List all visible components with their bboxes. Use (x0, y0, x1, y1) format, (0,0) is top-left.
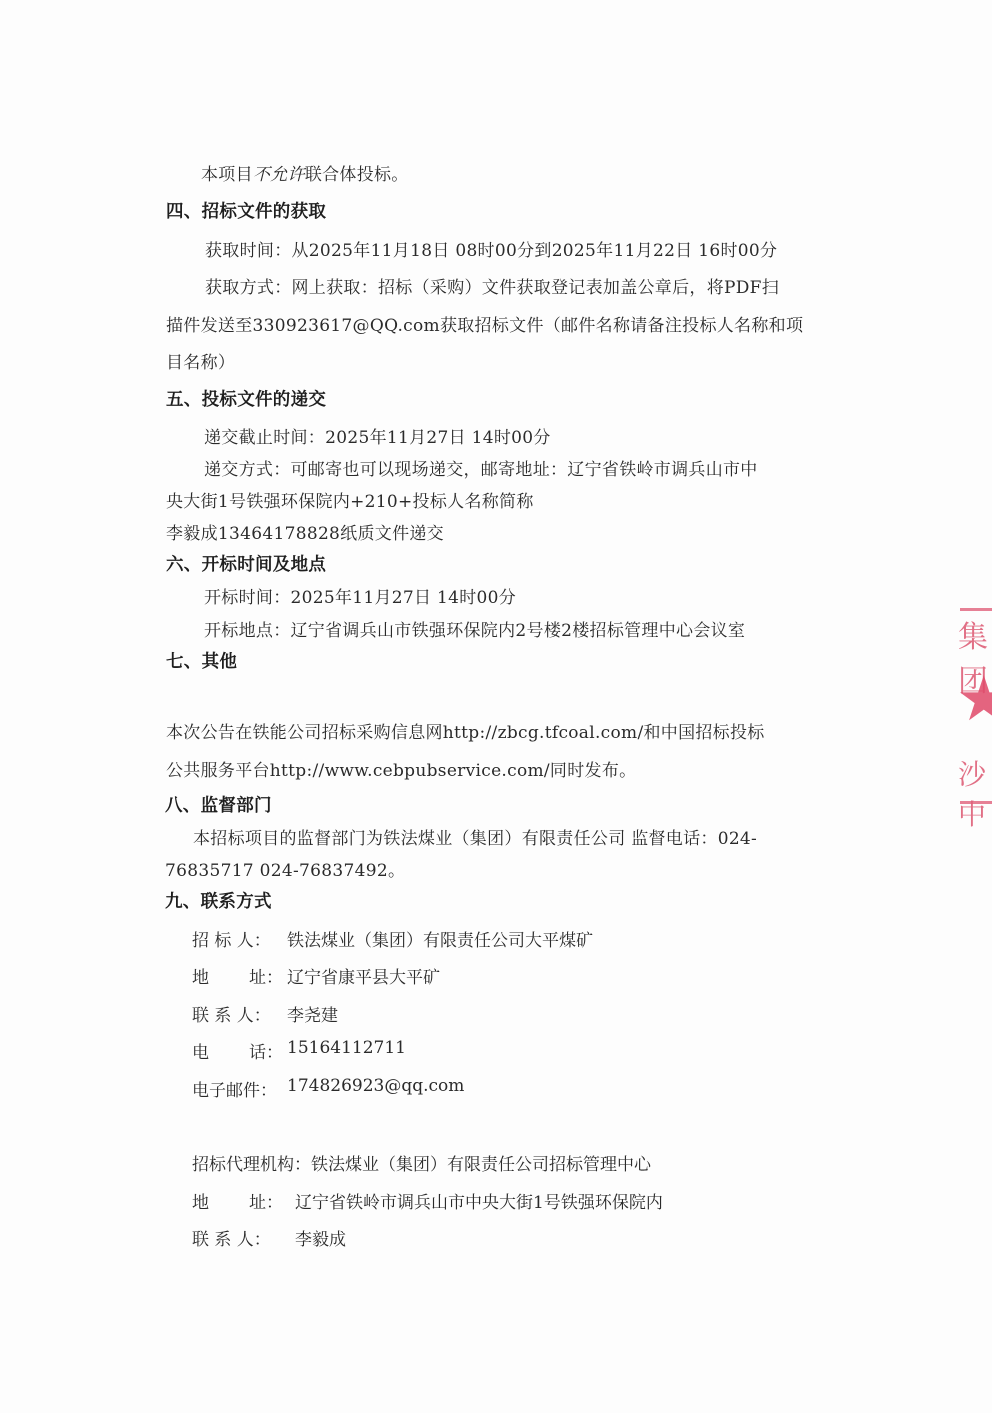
tenderer-address-value: 辽宁省康平县大平矿 (287, 963, 440, 988)
agency-contact-value: 李毅成 (295, 1225, 346, 1250)
tenderer-email-label: 电子邮件： (192, 1076, 287, 1101)
tenderer-contact-row: 联 系 人： 李尧建 (192, 1001, 338, 1026)
seal-text-bottom: 沙中 (958, 753, 992, 833)
agency-name-row: 招标代理机构： 铁法煤业（集团）有限责任公司招标管理中心 (192, 1150, 651, 1175)
tenderer-email-value: 174826923@qq.com (287, 1076, 464, 1101)
section-5-heading: 五、投标文件的递交 (166, 386, 326, 411)
tenderer-phone-row: 电话： 15164112711 (192, 1038, 406, 1063)
agency-address-label: 地址： (192, 1188, 295, 1213)
intro-suffix: 联合体投标。 (305, 165, 409, 185)
opening-time: 开标时间：2025年11月27日 14时00分 (204, 583, 516, 608)
agency-contact-row: 联 系 人： 李毅成 (192, 1225, 346, 1250)
agency-contact-label: 联 系 人： (192, 1225, 295, 1250)
agency-name-value: 铁法煤业（集团）有限责任公司招标管理中心 (311, 1150, 651, 1175)
seal-border-bottom (960, 801, 992, 804)
tenderer-contact-value: 李尧建 (287, 1001, 338, 1026)
acquisition-method-line-1: 获取方式：网上获取：招标（采购）文件获取登记表加盖公章后，将PDF扫 (205, 273, 779, 298)
section-4-heading: 四、招标文件的获取 (166, 198, 326, 223)
tenderer-phone-value: 15164112711 (287, 1038, 406, 1063)
tenderer-address-row: 地址： 辽宁省康平县大平矿 (192, 963, 440, 988)
seal-border-top (960, 608, 992, 611)
tenderer-name-label: 招 标 人： (192, 926, 287, 951)
agency-name-label: 招标代理机构： (192, 1150, 311, 1175)
tenderer-contact-label: 联 系 人： (192, 1001, 287, 1026)
section-8-heading: 八、监督部门 (165, 792, 272, 817)
acquisition-time: 获取时间：从2025年11月18日 08时00分到2025年11月22日 16时… (205, 236, 777, 261)
tenderer-email-row: 电子邮件： 174826923@qq.com (192, 1076, 464, 1101)
company-seal: 集团 ★ 沙中 (952, 598, 992, 813)
supervision-line-2: 76835717 024-76837492。 (165, 856, 405, 881)
tenderer-phone-label: 电话： (192, 1038, 287, 1063)
section-9-heading: 九、联系方式 (165, 888, 272, 913)
section-7-heading: 七、其他 (166, 648, 237, 673)
submission-deadline: 递交截止时间：2025年11月27日 14时00分 (204, 423, 551, 448)
intro-prefix: 本项目 (201, 165, 253, 185)
agency-address-row: 地址： 辽宁省铁岭市调兵山市中央大街1号铁强环保院内 (192, 1188, 663, 1213)
section-6-heading: 六、开标时间及地点 (166, 551, 326, 576)
intro-line: 本项目不允许联合体投标。 (201, 160, 409, 185)
intro-italic: 不允许 (253, 165, 305, 185)
agency-address-value: 辽宁省铁岭市调兵山市中央大街1号铁强环保院内 (295, 1188, 663, 1213)
other-line-2: 公共服务平台http://www.cebpubservice.com/同时发布。 (166, 756, 636, 781)
tenderer-name-value: 铁法煤业（集团）有限责任公司大平煤矿 (287, 926, 593, 951)
acquisition-method-line-3: 目名称） (166, 348, 235, 373)
supervision-line-1: 本招标项目的监督部门为铁法煤业（集团）有限责任公司 监督电话：024- (193, 824, 757, 849)
submission-method-line-2: 央大街1号铁强环保院内+210+投标人名称简称 (166, 487, 534, 512)
submission-method-line-3: 李毅成13464178828纸质文件递交 (166, 519, 444, 544)
opening-location: 开标地点：辽宁省调兵山市铁强环保院内2号楼2楼招标管理中心会议室 (204, 616, 745, 641)
submission-method-line-1: 递交方式：可邮寄也可以现场递交，邮寄地址：辽宁省铁岭市调兵山市中 (204, 455, 758, 480)
seal-star-icon: ★ (956, 668, 992, 730)
tenderer-name-row: 招 标 人： 铁法煤业（集团）有限责任公司大平煤矿 (192, 926, 593, 951)
acquisition-method-line-2: 描件发送至330923617@QQ.com获取招标文件（邮件名称请备注投标人名称… (166, 311, 803, 336)
other-line-1: 本次公告在铁能公司招标采购信息网http://zbcg.tfcoal.com/和… (166, 718, 765, 743)
tenderer-address-label: 地址： (192, 963, 287, 988)
